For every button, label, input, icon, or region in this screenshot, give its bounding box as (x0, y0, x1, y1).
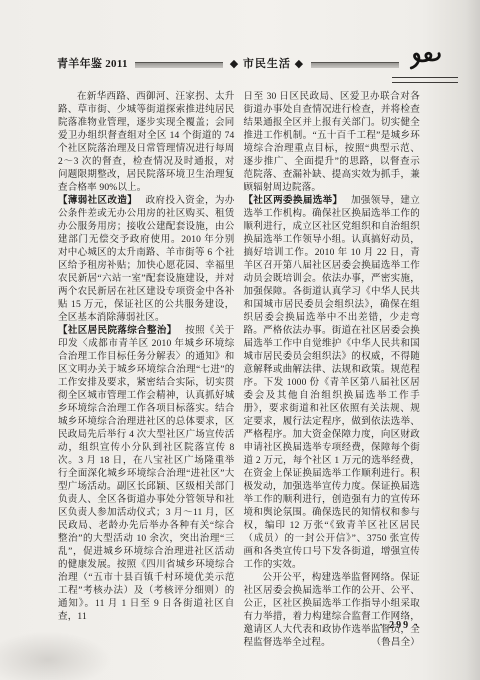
yearbook-title: 青羊年鉴 2011 (57, 55, 128, 71)
entry-body: 加强领导，建立选举工作机构。确保社区换届选举工作的顺利进行，成立区社区党组织和自… (244, 196, 421, 570)
closing-paragraph: 公开公平，构建选举监督网络。保证社区居委会换届选举工作的公开、公平、公正，区社区… (244, 572, 421, 650)
entry-body: 政府投入资金，为办公条件差或无办公用房的社区购买、租赁办公服务用房；接收公建配套… (58, 196, 235, 323)
closing-body: 公开公平，构建选举监督网络。保证社区居委会换届选举工作的公开、公平、公正，区社区… (244, 573, 421, 648)
header-rule-right (311, 62, 399, 68)
left-column: 在新华西路、西御河、汪家拐、太升路、草市街、少城等街道探索推进纯居民院落准物业管… (58, 91, 235, 650)
header-rule-left (135, 62, 223, 68)
scanned-yearbook-page: 青羊年鉴 2011 ◆ 市民生活 ◆ 在新华西路、西御河、汪家拐、太升路、草市街… (0, 0, 480, 680)
page-number: · 299 · (379, 620, 420, 631)
entry-title: 【社区居民院落综合整治】 (58, 326, 177, 336)
entry-title: 【薄弱社区改造】 (58, 196, 137, 206)
paragraph-continued: 日至 30 日区民政局、区爱卫办联合对各街道办事处自查情况进行检查，并将检查结果… (244, 91, 421, 195)
paragraph-continued: 在新华西路、西御河、汪家拐、太升路、草市街、少城等街道探索推进纯居民院落准物业管… (58, 91, 235, 195)
author-byline: （鲁昌全） (352, 637, 420, 650)
entry-weak-community-renovation: 【薄弱社区改造】政府投入资金，为办公条件差或无办公用房的社区购买、租赁办公服务用… (58, 195, 235, 325)
two-column-text-body: 在新华西路、西御河、汪家拐、太升路、草市街、少城等街道探索推进纯居民院落准物业管… (58, 91, 420, 650)
header-double-rule (392, 77, 458, 83)
entry-courtyard-improvement: 【社区居民院落综合整治】按照《关于印发〈成都市青羊区 2010 年城乡环境综合治… (58, 325, 235, 624)
page-header: 青羊年鉴 2011 ◆ 市民生活 ◆ (57, 53, 444, 73)
entry-body: 按照《关于印发〈成都市青羊区 2010 年城乡环境综合治理工作目标任务分解表〉的… (58, 326, 235, 622)
right-column: 日至 30 日区民政局、区爱卫办联合对各街道办事处自查情况进行检查，并将检查结果… (244, 91, 421, 650)
entry-committee-election: 【社区两委换届选举】加强领导，建立选举工作机构。确保社区换届选举工作的顺利进行，… (244, 195, 421, 572)
publisher-calligraphy-icon (408, 48, 444, 74)
chapter-title: ◆ 市民生活 ◆ (230, 55, 304, 71)
entry-title: 【社区两委换届选举】 (244, 196, 343, 206)
